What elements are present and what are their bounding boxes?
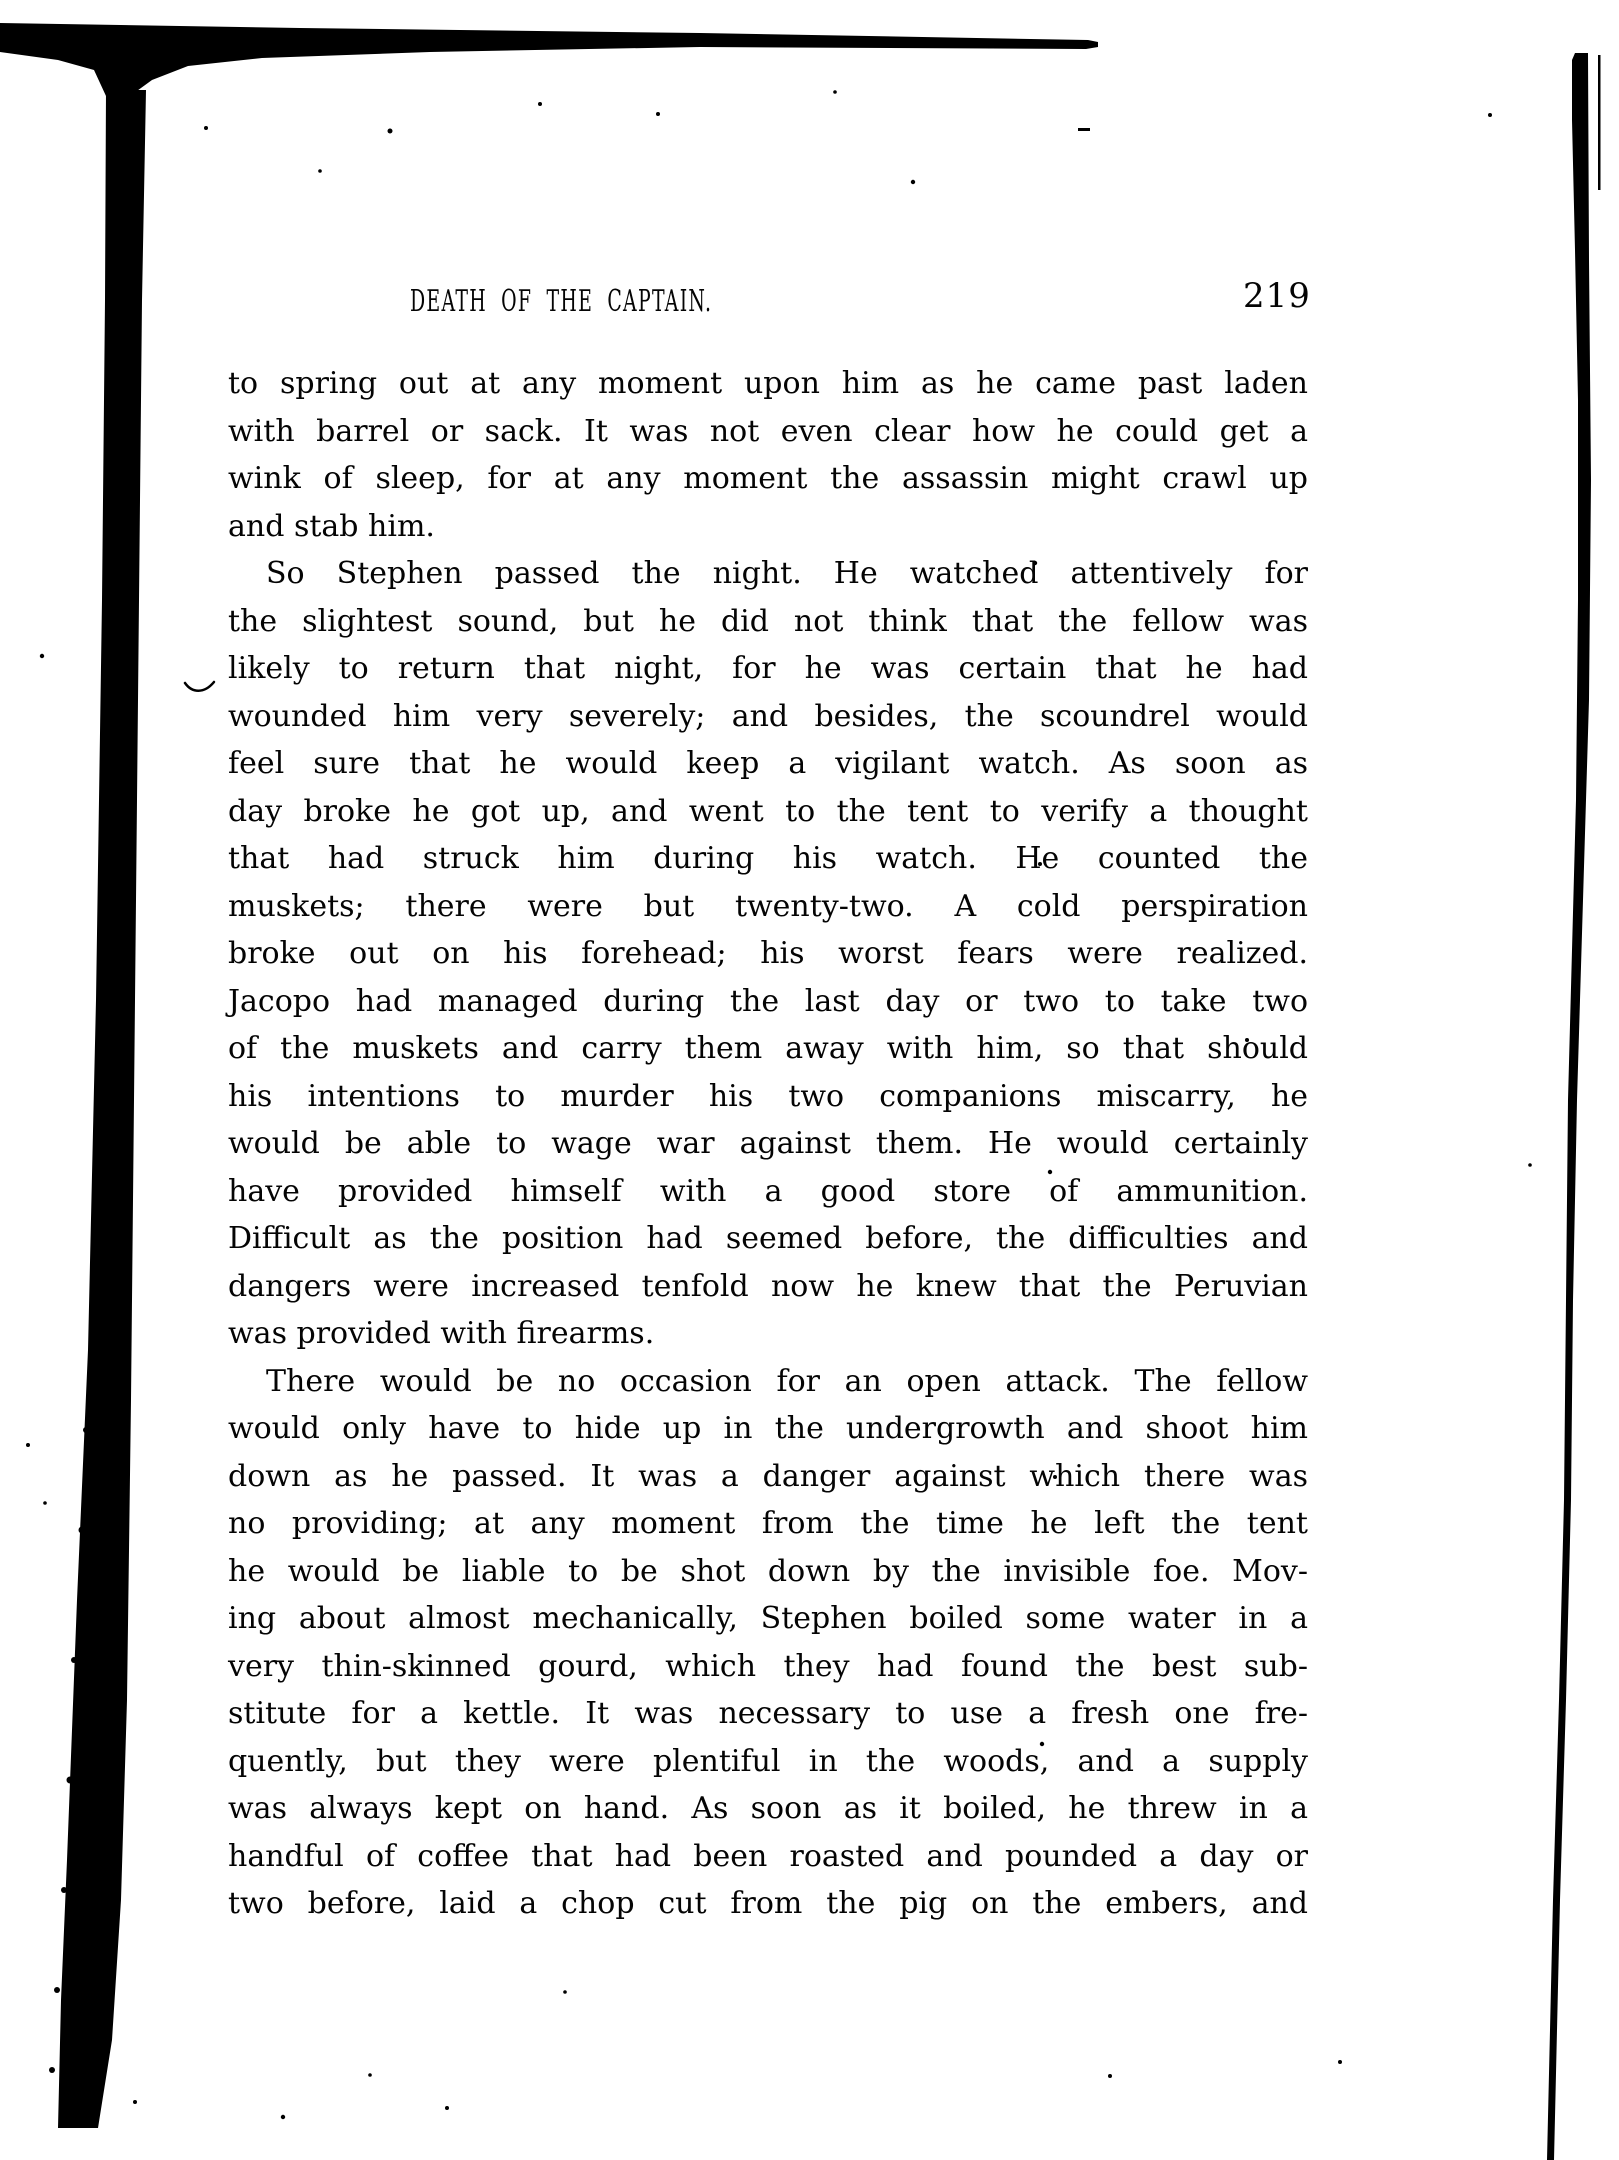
text-line: Jacopo had managed during the last day o…: [228, 978, 1308, 1026]
text-line: very thin-skinned gourd, which they had …: [228, 1643, 1308, 1691]
text-line: ing about almost mechanically, Stephen b…: [228, 1595, 1308, 1643]
text-line: Difficult as the position had seemed bef…: [228, 1215, 1308, 1263]
text-line: to spring out at any moment upon him as …: [228, 360, 1308, 408]
text-line: two before, laid a chop cut from the pig…: [228, 1880, 1308, 1928]
text-line: would only have to hide up in the underg…: [228, 1405, 1308, 1453]
text-line: muskets; there were but twenty-two. A co…: [228, 883, 1308, 931]
text-line: stitute for a kettle. It was necessary t…: [228, 1690, 1308, 1738]
scanned-book-page: DEATH OF THE CAPTAIN. 219 to spring out …: [0, 0, 1619, 2160]
text-line: broke out on his forehead; his worst fea…: [228, 930, 1308, 978]
text-line: the slightest sound, but he did not thin…: [228, 598, 1308, 646]
text-line: no providing; at any moment from the tim…: [228, 1500, 1308, 1548]
text-line: wounded him very severely; and besides, …: [228, 693, 1308, 741]
page-number: 219: [1243, 276, 1311, 316]
scan-left-band: [58, 90, 146, 2128]
text-line: down as he passed. It was a danger again…: [228, 1453, 1308, 1501]
scan-right-edge: [1547, 53, 1591, 2160]
text-line: quently, but they were plentiful in the …: [228, 1738, 1308, 1786]
running-header: DEATH OF THE CAPTAIN.: [410, 284, 712, 319]
scan-top-bar: [0, 23, 1098, 96]
paragraph: There would be no occasion for an open a…: [228, 1358, 1308, 1928]
text-line: wink of sleep, for at any moment the ass…: [228, 455, 1308, 503]
text-line: likely to return that night, for he was …: [228, 645, 1308, 693]
text-column: to spring out at any moment upon him as …: [228, 360, 1308, 1928]
text-line: and stab him.: [228, 503, 1308, 551]
text-line: dangers were increased tenfold now he kn…: [228, 1263, 1308, 1311]
pen-mark: [185, 682, 214, 691]
paragraph: So Stephen passed the night. He watched …: [228, 550, 1308, 1358]
text-line: day broke he got up, and went to the ten…: [228, 788, 1308, 836]
text-line: There would be no occasion for an open a…: [228, 1358, 1308, 1406]
text-line: handful of coffee that had been roasted …: [228, 1833, 1308, 1881]
text-line: that had struck him during his watch. He…: [228, 835, 1308, 883]
text-line: would be able to wage war against them. …: [228, 1120, 1308, 1168]
paragraph: to spring out at any moment upon him as …: [228, 360, 1308, 550]
text-line: have provided himself with a good store …: [228, 1168, 1308, 1216]
scan-right-hairline: [1598, 55, 1601, 190]
text-line: was provided with firearms.: [228, 1310, 1308, 1358]
text-line: he would be liable to be shot down by th…: [228, 1548, 1308, 1596]
text-line: with barrel or sack. It was not even cle…: [228, 408, 1308, 456]
text-line: of the muskets and carry them away with …: [228, 1025, 1308, 1073]
text-line: his intentions to murder his two compani…: [228, 1073, 1308, 1121]
scan-dash: [1078, 128, 1090, 131]
text-line: So Stephen passed the night. He watched …: [228, 550, 1308, 598]
text-line: feel sure that he would keep a vigilant …: [228, 740, 1308, 788]
text-line: was always kept on hand. As soon as it b…: [228, 1785, 1308, 1833]
